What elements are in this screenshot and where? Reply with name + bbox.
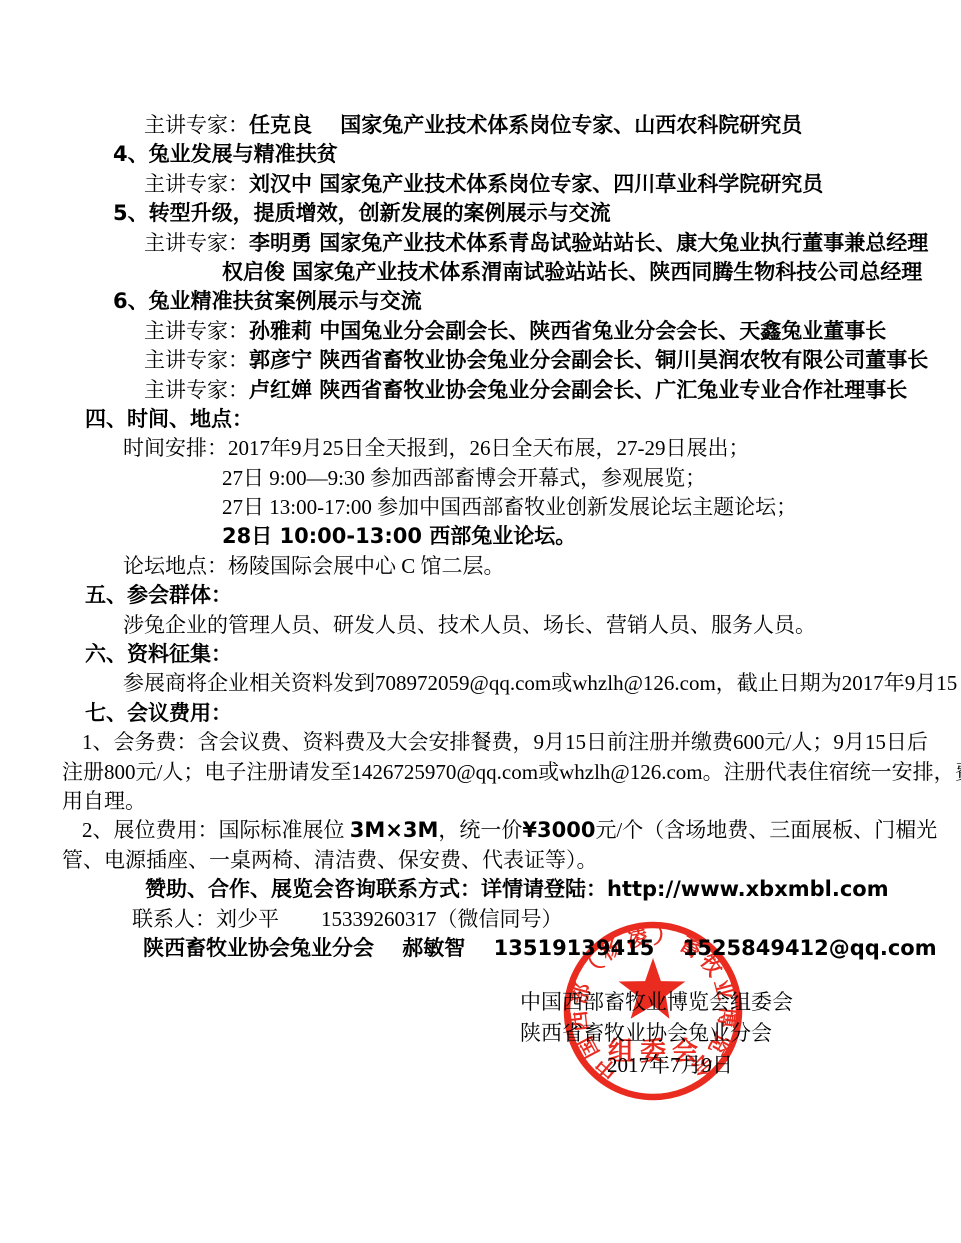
doc-line-segment: 卢红婵 陕西省畜牧业协会兔业分会副会长、广汇兔业专业合作社理事长 — [249, 378, 907, 402]
doc-line: 4、兔业发展与精准扶贫 — [113, 140, 902, 169]
doc-line-segment: 论坛地点：杨陵国际会展中心 C 馆二层。 — [123, 554, 505, 578]
doc-line: 陕西畜牧业协会兔业分会 郝敏智 13519139415 1525849412@q… — [143, 934, 902, 963]
doc-line: 联系人：刘少平 15339260317（微信同号） — [132, 905, 902, 934]
doc-line: 四、时间、地点： — [85, 405, 902, 434]
doc-line-segment: 主讲专家： — [144, 231, 249, 255]
doc-line: 1、会务费：含会议费、资料费及大会安排餐费，9月15日前注册并缴费600元/人；… — [82, 728, 902, 757]
signature-org-2: 陕西省畜牧业协会兔业分会 — [520, 1021, 772, 1045]
doc-line: 用自理。 — [62, 787, 902, 816]
doc-line-segment: 主讲专家： — [144, 113, 249, 137]
doc-line-segment: 四、时间、地点： — [85, 407, 253, 431]
doc-line-segment: 五、参会群体： — [85, 583, 232, 607]
doc-line: 27日 9:00—9:30 参加西部畜博会开幕式，参观展览； — [222, 464, 902, 493]
doc-line: 5、转型升级，提质增效，创新发展的案例展示与交流 — [113, 199, 902, 228]
doc-line: 6、兔业精准扶贫案例展示与交流 — [113, 287, 902, 316]
doc-line-segment: 用自理。 — [62, 789, 146, 813]
doc-line-segment: 时间安排：2017年9月25日全天报到，26日全天布展，27-29日展出； — [123, 436, 750, 460]
doc-line: 论坛地点：杨陵国际会展中心 C 馆二层。 — [123, 552, 902, 581]
doc-line-segment: 任克良 国家兔产业技术体系岗位专家、山西农科院研究员 — [249, 113, 802, 137]
doc-line-segment: 5、转型升级，提质增效，创新发展的案例展示与交流 — [113, 201, 611, 225]
doc-line: 管、电源插座、一桌两椅、清洁费、保安费、代表证等）。 — [62, 846, 902, 875]
doc-line: 时间安排：2017年9月25日全天报到，26日全天布展，27-29日展出； — [123, 434, 902, 463]
doc-line: 六、资料征集： — [85, 640, 902, 669]
doc-line: 参展商将企业相关资料发到708972059@qq.com或whzlh@126.c… — [123, 669, 902, 698]
doc-line-segment: 主讲专家： — [144, 378, 249, 402]
doc-line: 27日 13:00-17:00 参加中国西部畜牧业创新发展论坛主题论坛； — [222, 493, 902, 522]
doc-line-segment: 管、电源插座、一桌两椅、清洁费、保安费、代表证等）。 — [62, 848, 598, 872]
doc-line-segment: 李明勇 国家兔产业技术体系青岛试验站站长、康大兔业执行董事兼总经理 — [249, 231, 928, 255]
doc-line: 主讲专家：李明勇 国家兔产业技术体系青岛试验站站长、康大兔业执行董事兼总经理 — [144, 229, 902, 258]
doc-line-segment: 6、兔业精准扶贫案例展示与交流 — [113, 289, 422, 313]
doc-line-segment: 注册800元/人；电子注册请发至1426725970@qq.com或whzlh@… — [62, 760, 961, 784]
doc-line: 赞助、合作、展览会咨询联系方式：详情请登陆：http://www.xbxmbl.… — [145, 875, 902, 904]
document-page: 主讲专家：任克良 国家兔产业技术体系岗位专家、山西农科院研究员4、兔业发展与精准… — [0, 0, 961, 1243]
doc-line-segment: 郭彦宁 陕西省畜牧业协会兔业分会副会长、铜川昊润农牧有限公司董事长 — [249, 348, 928, 372]
doc-line-segment: ，统一价 — [438, 818, 522, 842]
doc-line-segment: 涉兔企业的管理人员、研发人员、技术人员、场长、营销人员、服务人员。 — [123, 613, 816, 637]
doc-line-segment: 1、会务费：含会议费、资料费及大会安排餐费，9月15日前注册并缴费600元/人；… — [82, 730, 928, 754]
doc-line: 主讲专家：刘汉中 国家兔产业技术体系岗位专家、四川草业科学院研究员 — [144, 170, 902, 199]
doc-line: 注册800元/人；电子注册请发至1426725970@qq.com或whzlh@… — [62, 758, 902, 787]
doc-line: 2、展位费用：国际标准展位 3M×3M，统一价¥3000元/个（含场地费、三面展… — [82, 816, 902, 845]
doc-line-segment: 3M×3M — [350, 818, 439, 842]
doc-line: 主讲专家：任克良 国家兔产业技术体系岗位专家、山西农科院研究员 — [144, 111, 902, 140]
doc-line-segment: 27日 13:00-17:00 参加中国西部畜牧业创新发展论坛主题论坛； — [222, 495, 797, 519]
doc-line: 28日 10:00-13:00 西部兔业论坛。 — [222, 522, 902, 551]
doc-line: 五、参会群体： — [85, 581, 902, 610]
doc-line-segment: ¥3000 — [522, 818, 595, 842]
doc-line: 主讲专家：郭彦宁 陕西省畜牧业协会兔业分会副会长、铜川昊润农牧有限公司董事长 — [144, 346, 902, 375]
doc-line: 权启俊 国家兔产业技术体系渭南试验站站长、陕西同腾生物科技公司总经理 — [222, 258, 902, 287]
signature-org-1: 中国西部畜牧业博览会组委会 — [520, 990, 793, 1014]
doc-line-segment: 七、会议费用： — [85, 701, 232, 725]
doc-line-segment: 主讲专家： — [144, 348, 249, 372]
doc-line-segment: 元/个（含场地费、三面展板、门楣光 — [595, 818, 937, 842]
document-body: 主讲专家：任克良 国家兔产业技术体系岗位专家、山西农科院研究员4、兔业发展与精准… — [62, 111, 902, 963]
doc-line: 主讲专家：卢红婵 陕西省畜牧业协会兔业分会副会长、广汇兔业专业合作社理事长 — [144, 376, 902, 405]
doc-line-segment: 4、兔业发展与精准扶贫 — [113, 142, 338, 166]
doc-line-segment: 主讲专家： — [144, 172, 249, 196]
signature-date: 2017年7月9日 — [607, 1053, 733, 1077]
doc-line-segment: 六、资料征集： — [85, 642, 232, 666]
doc-line: 主讲专家：孙雅莉 中国兔业分会副会长、陕西省兔业分会会长、天鑫兔业董事长 — [144, 317, 902, 346]
doc-line-segment: 主讲专家： — [144, 319, 249, 343]
doc-line-segment: 参展商将企业相关资料发到708972059@qq.com或whzlh@126.c… — [123, 671, 961, 695]
doc-line-segment: 联系人：刘少平 15339260317（微信同号） — [132, 907, 563, 931]
doc-line-segment: 27日 9:00—9:30 参加西部畜博会开幕式，参观展览； — [222, 466, 706, 490]
doc-line: 涉兔企业的管理人员、研发人员、技术人员、场长、营销人员、服务人员。 — [123, 611, 902, 640]
doc-line-segment: 孙雅莉 中国兔业分会副会长、陕西省兔业分会会长、天鑫兔业董事长 — [249, 319, 886, 343]
doc-line-segment: 刘汉中 国家兔产业技术体系岗位专家、四川草业科学院研究员 — [249, 172, 823, 196]
doc-line: 七、会议费用： — [85, 699, 902, 728]
doc-line-segment: 赞助、合作、展览会咨询联系方式：详情请登陆：http://www.xbxmbl.… — [145, 877, 889, 901]
doc-line-segment: 权启俊 国家兔产业技术体系渭南试验站站长、陕西同腾生物科技公司总经理 — [222, 260, 922, 284]
doc-line-segment: 28日 10:00-13:00 西部兔业论坛。 — [222, 524, 576, 548]
doc-line-segment: 陕西畜牧业协会兔业分会 郝敏智 13519139415 1525849412@q… — [143, 936, 937, 960]
doc-line-segment: 2、展位费用：国际标准展位 — [82, 818, 350, 842]
